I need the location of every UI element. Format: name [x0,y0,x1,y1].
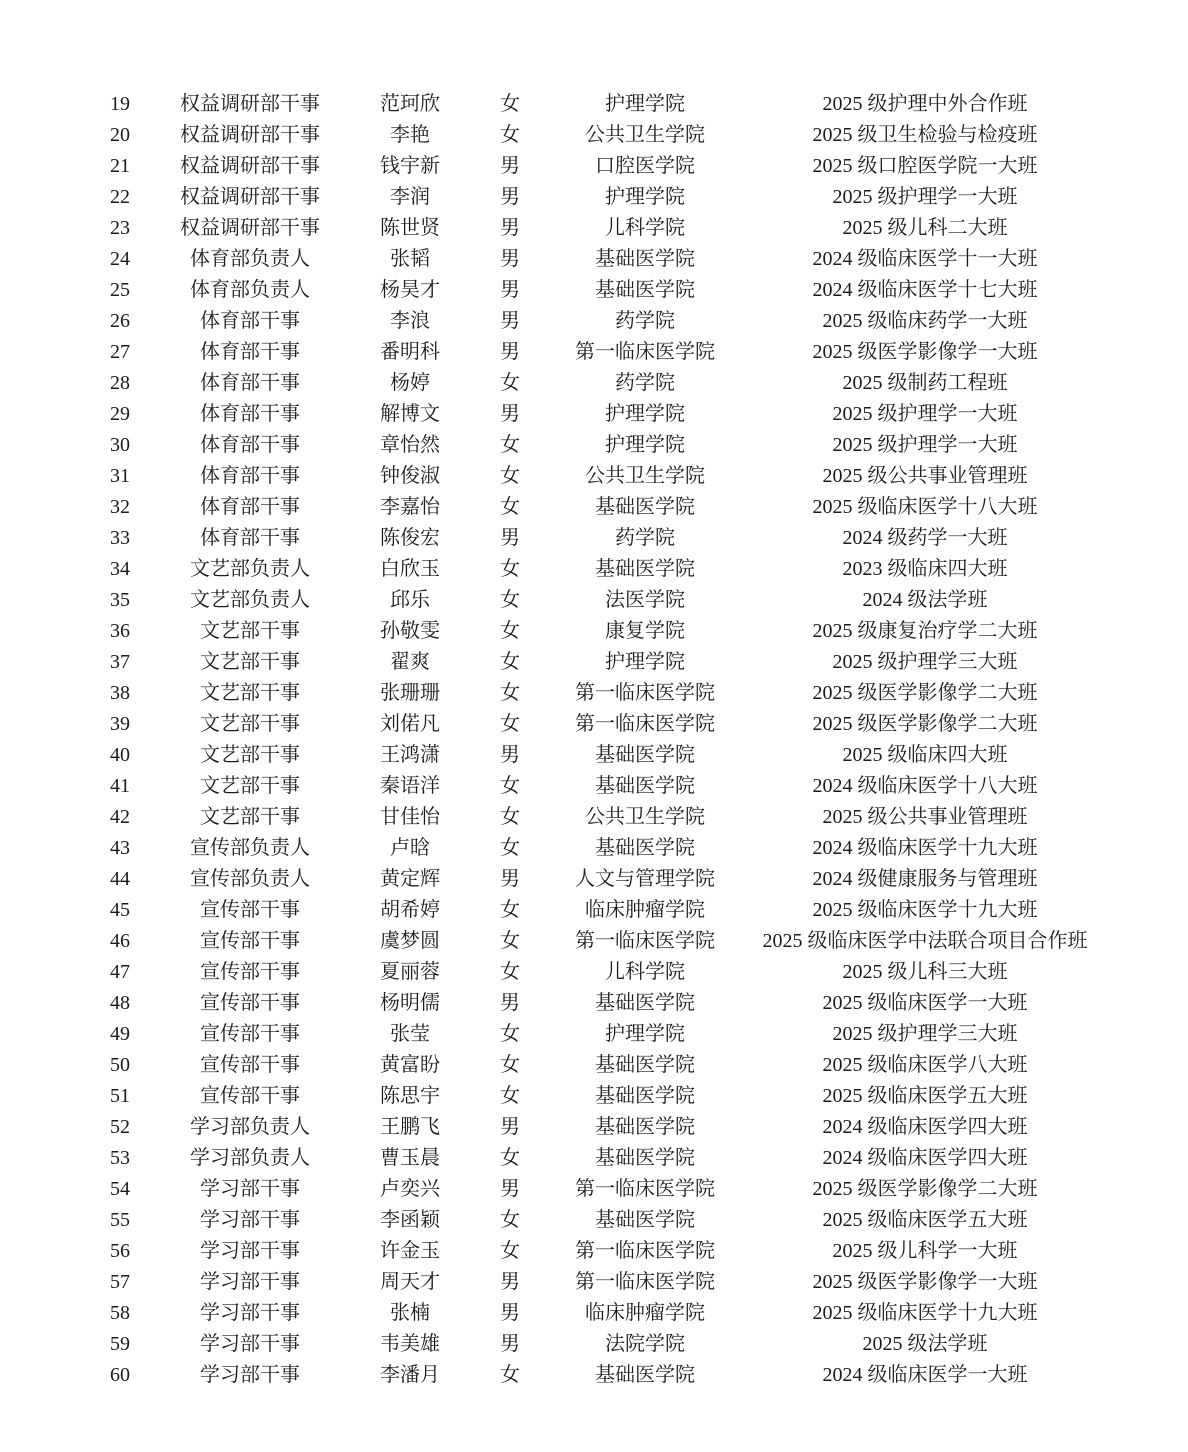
cell-serial-number: 30 [85,430,155,461]
cell-class: 2025 级护理学一大班 [745,430,1105,461]
cell-gender: 男 [475,182,545,213]
cell-gender: 男 [475,213,545,244]
cell-serial-number: 24 [85,244,155,275]
cell-name: 夏丽蓉 [345,957,475,988]
cell-gender: 男 [475,1112,545,1143]
cell-position: 学习部干事 [155,1236,345,1267]
cell-name: 解博文 [345,399,475,430]
cell-position: 学习部干事 [155,1329,345,1360]
cell-name: 黄定辉 [345,864,475,895]
table-row: 58 学习部干事 张楠 男 临床肿瘤学院 2025 级临床医学十九大班 [85,1298,1105,1329]
cell-name: 李函颖 [345,1205,475,1236]
cell-position: 文艺部干事 [155,678,345,709]
cell-position: 体育部干事 [155,337,345,368]
cell-name: 白欣玉 [345,554,475,585]
table-row: 40 文艺部干事 王鸿潇 男 基础医学院 2025 级临床四大班 [85,740,1105,771]
cell-class: 2024 级法学班 [745,585,1105,616]
cell-gender: 男 [475,1174,545,1205]
cell-serial-number: 29 [85,399,155,430]
cell-position: 宣传部负责人 [155,833,345,864]
cell-position: 文艺部干事 [155,771,345,802]
cell-position: 宣传部干事 [155,895,345,926]
cell-position: 宣传部干事 [155,1081,345,1112]
cell-gender: 女 [475,89,545,120]
cell-class: 2025 级制药工程班 [745,368,1105,399]
cell-college: 护理学院 [545,647,745,678]
cell-gender: 女 [475,461,545,492]
table-row: 45 宣传部干事 胡希婷 女 临床肿瘤学院 2025 级临床医学十九大班 [85,895,1105,926]
table-row: 35 文艺部负责人 邱乐 女 法医学院 2024 级法学班 [85,585,1105,616]
cell-gender: 女 [475,1143,545,1174]
cell-name: 番明科 [345,337,475,368]
cell-college: 基础医学院 [545,1081,745,1112]
table-row: 30 体育部干事 章怡然 女 护理学院 2025 级护理学一大班 [85,430,1105,461]
cell-name: 王鸿潇 [345,740,475,771]
table-row: 29 体育部干事 解博文 男 护理学院 2025 级护理学一大班 [85,399,1105,430]
table-row: 42 文艺部干事 甘佳怡 女 公共卫生学院 2025 级公共事业管理班 [85,802,1105,833]
cell-college: 基础医学院 [545,554,745,585]
cell-college: 儿科学院 [545,957,745,988]
cell-serial-number: 26 [85,306,155,337]
table-row: 50 宣传部干事 黄富盼 女 基础医学院 2025 级临床医学八大班 [85,1050,1105,1081]
cell-college: 基础医学院 [545,1050,745,1081]
cell-class: 2024 级临床医学十九大班 [745,833,1105,864]
cell-college: 药学院 [545,306,745,337]
table-row: 39 文艺部干事 刘偌凡 女 第一临床医学院 2025 级医学影像学二大班 [85,709,1105,740]
cell-name: 范珂欣 [345,89,475,120]
cell-serial-number: 32 [85,492,155,523]
cell-name: 李艳 [345,120,475,151]
cell-serial-number: 34 [85,554,155,585]
table-row: 59 学习部干事 韦美雄 男 法院学院 2025 级法学班 [85,1329,1105,1360]
cell-class: 2025 级公共事业管理班 [745,802,1105,833]
cell-name: 周天才 [345,1267,475,1298]
table-row: 60 学习部干事 李潘月 女 基础医学院 2024 级临床医学一大班 [85,1360,1105,1391]
cell-name: 韦美雄 [345,1329,475,1360]
cell-college: 基础医学院 [545,1143,745,1174]
table-row: 22 权益调研部干事 李润 男 护理学院 2025 级护理学一大班 [85,182,1105,213]
cell-class: 2024 级临床医学四大班 [745,1112,1105,1143]
cell-serial-number: 47 [85,957,155,988]
cell-position: 宣传部负责人 [155,864,345,895]
cell-position: 权益调研部干事 [155,182,345,213]
cell-college: 药学院 [545,368,745,399]
cell-position: 学习部负责人 [155,1112,345,1143]
cell-class: 2023 级临床四大班 [745,554,1105,585]
cell-position: 文艺部干事 [155,709,345,740]
table-row: 36 文艺部干事 孙敬雯 女 康复学院 2025 级康复治疗学二大班 [85,616,1105,647]
cell-college: 第一临床医学院 [545,678,745,709]
cell-name: 李浪 [345,306,475,337]
cell-gender: 女 [475,957,545,988]
cell-class: 2025 级法学班 [745,1329,1105,1360]
cell-gender: 女 [475,585,545,616]
cell-position: 学习部干事 [155,1360,345,1391]
cell-serial-number: 54 [85,1174,155,1205]
cell-class: 2025 级临床医学五大班 [745,1205,1105,1236]
cell-college: 护理学院 [545,399,745,430]
table-row: 47 宣传部干事 夏丽蓉 女 儿科学院 2025 级儿科三大班 [85,957,1105,988]
cell-gender: 男 [475,399,545,430]
table-row: 53 学习部负责人 曹玉晨 女 基础医学院 2024 级临床医学四大班 [85,1143,1105,1174]
cell-name: 张莹 [345,1019,475,1050]
cell-class: 2025 级护理学一大班 [745,182,1105,213]
cell-college: 护理学院 [545,182,745,213]
cell-class: 2025 级医学影像学二大班 [745,709,1105,740]
cell-gender: 女 [475,1050,545,1081]
cell-position: 体育部干事 [155,492,345,523]
cell-serial-number: 38 [85,678,155,709]
cell-college: 第一临床医学院 [545,709,745,740]
cell-gender: 男 [475,151,545,182]
cell-college: 基础医学院 [545,771,745,802]
cell-college: 药学院 [545,523,745,554]
cell-serial-number: 39 [85,709,155,740]
cell-college: 儿科学院 [545,213,745,244]
table-row: 52 学习部负责人 王鹏飞 男 基础医学院 2024 级临床医学四大班 [85,1112,1105,1143]
cell-gender: 女 [475,492,545,523]
cell-gender: 女 [475,120,545,151]
cell-class: 2025 级临床医学十九大班 [745,895,1105,926]
cell-class: 2025 级医学影像学二大班 [745,678,1105,709]
cell-position: 学习部干事 [155,1205,345,1236]
cell-serial-number: 19 [85,89,155,120]
table-row: 33 体育部干事 陈俊宏 男 药学院 2024 级药学一大班 [85,523,1105,554]
cell-position: 权益调研部干事 [155,213,345,244]
cell-name: 李嘉怡 [345,492,475,523]
cell-serial-number: 45 [85,895,155,926]
table-row: 24 体育部负责人 张韬 男 基础医学院 2024 级临床医学十一大班 [85,244,1105,275]
cell-position: 体育部干事 [155,461,345,492]
cell-name: 杨明儒 [345,988,475,1019]
cell-college: 基础医学院 [545,244,745,275]
cell-position: 文艺部负责人 [155,554,345,585]
cell-serial-number: 20 [85,120,155,151]
cell-serial-number: 36 [85,616,155,647]
cell-gender: 男 [475,1267,545,1298]
cell-position: 体育部负责人 [155,275,345,306]
cell-college: 护理学院 [545,430,745,461]
cell-gender: 女 [475,1205,545,1236]
table-row: 28 体育部干事 杨婷 女 药学院 2025 级制药工程班 [85,368,1105,399]
cell-class: 2025 级医学影像学二大班 [745,1174,1105,1205]
cell-class: 2025 级公共事业管理班 [745,461,1105,492]
table-row: 46 宣传部干事 虞梦圆 女 第一临床医学院 2025 级临床医学中法联合项目合… [85,926,1105,957]
cell-class: 2025 级护理中外合作班 [745,89,1105,120]
cell-class: 2024 级临床医学四大班 [745,1143,1105,1174]
cell-serial-number: 28 [85,368,155,399]
cell-college: 基础医学院 [545,1112,745,1143]
cell-name: 杨婷 [345,368,475,399]
cell-gender: 女 [475,1236,545,1267]
cell-class: 2025 级临床医学五大班 [745,1081,1105,1112]
table-row: 21 权益调研部干事 钱宇新 男 口腔医学院 2025 级口腔医学院一大班 [85,151,1105,182]
cell-college: 公共卫生学院 [545,461,745,492]
cell-college: 人文与管理学院 [545,864,745,895]
cell-class: 2025 级儿科二大班 [745,213,1105,244]
cell-college: 基础医学院 [545,988,745,1019]
cell-name: 孙敬雯 [345,616,475,647]
cell-gender: 女 [475,709,545,740]
cell-serial-number: 31 [85,461,155,492]
table-row: 37 文艺部干事 翟爽 女 护理学院 2025 级护理学三大班 [85,647,1105,678]
table-row: 20 权益调研部干事 李艳 女 公共卫生学院 2025 级卫生检验与检疫班 [85,120,1105,151]
cell-class: 2025 级康复治疗学二大班 [745,616,1105,647]
cell-serial-number: 23 [85,213,155,244]
cell-gender: 男 [475,306,545,337]
cell-college: 基础医学院 [545,740,745,771]
cell-name: 甘佳怡 [345,802,475,833]
cell-class: 2024 级药学一大班 [745,523,1105,554]
cell-gender: 男 [475,988,545,1019]
cell-name: 张楠 [345,1298,475,1329]
cell-college: 护理学院 [545,89,745,120]
cell-class: 2025 级临床医学八大班 [745,1050,1105,1081]
cell-position: 学习部干事 [155,1267,345,1298]
cell-serial-number: 58 [85,1298,155,1329]
cell-serial-number: 27 [85,337,155,368]
cell-class: 2024 级临床医学一大班 [745,1360,1105,1391]
table-row: 57 学习部干事 周天才 男 第一临床医学院 2025 级医学影像学一大班 [85,1267,1105,1298]
cell-name: 卢奕兴 [345,1174,475,1205]
cell-serial-number: 49 [85,1019,155,1050]
cell-gender: 女 [475,1360,545,1391]
cell-position: 体育部干事 [155,430,345,461]
cell-class: 2025 级儿科学一大班 [745,1236,1105,1267]
cell-gender: 女 [475,430,545,461]
table-row: 49 宣传部干事 张莹 女 护理学院 2025 级护理学三大班 [85,1019,1105,1050]
cell-college: 基础医学院 [545,1205,745,1236]
cell-college: 第一临床医学院 [545,1267,745,1298]
cell-serial-number: 40 [85,740,155,771]
cell-college: 第一临床医学院 [545,1236,745,1267]
cell-gender: 男 [475,1298,545,1329]
cell-gender: 女 [475,926,545,957]
cell-college: 第一临床医学院 [545,337,745,368]
cell-college: 护理学院 [545,1019,745,1050]
table-row: 23 权益调研部干事 陈世贤 男 儿科学院 2025 级儿科二大班 [85,213,1105,244]
cell-serial-number: 46 [85,926,155,957]
cell-position: 宣传部干事 [155,1050,345,1081]
cell-name: 曹玉晨 [345,1143,475,1174]
table-row: 55 学习部干事 李函颖 女 基础医学院 2025 级临床医学五大班 [85,1205,1105,1236]
cell-gender: 男 [475,275,545,306]
cell-serial-number: 33 [85,523,155,554]
cell-class: 2025 级口腔医学院一大班 [745,151,1105,182]
cell-gender: 男 [475,337,545,368]
cell-class: 2024 级健康服务与管理班 [745,864,1105,895]
cell-class: 2025 级儿科三大班 [745,957,1105,988]
cell-class: 2025 级临床医学中法联合项目合作班 [745,926,1105,957]
cell-position: 学习部负责人 [155,1143,345,1174]
cell-position: 宣传部干事 [155,957,345,988]
cell-class: 2025 级临床药学一大班 [745,306,1105,337]
cell-position: 学习部干事 [155,1174,345,1205]
table-row: 34 文艺部负责人 白欣玉 女 基础医学院 2023 级临床四大班 [85,554,1105,585]
cell-name: 王鹏飞 [345,1112,475,1143]
cell-class: 2025 级临床医学一大班 [745,988,1105,1019]
cell-serial-number: 43 [85,833,155,864]
cell-gender: 男 [475,523,545,554]
cell-position: 文艺部干事 [155,740,345,771]
table-row: 56 学习部干事 许金玉 女 第一临床医学院 2025 级儿科学一大班 [85,1236,1105,1267]
cell-serial-number: 52 [85,1112,155,1143]
table-row: 27 体育部干事 番明科 男 第一临床医学院 2025 级医学影像学一大班 [85,337,1105,368]
cell-name: 翟爽 [345,647,475,678]
cell-serial-number: 55 [85,1205,155,1236]
cell-serial-number: 59 [85,1329,155,1360]
cell-position: 学习部干事 [155,1298,345,1329]
cell-position: 权益调研部干事 [155,89,345,120]
cell-name: 胡希婷 [345,895,475,926]
cell-name: 陈俊宏 [345,523,475,554]
cell-serial-number: 48 [85,988,155,1019]
cell-gender: 女 [475,833,545,864]
cell-serial-number: 41 [85,771,155,802]
cell-serial-number: 35 [85,585,155,616]
cell-name: 陈世贤 [345,213,475,244]
cell-name: 虞梦圆 [345,926,475,957]
cell-serial-number: 53 [85,1143,155,1174]
cell-college: 基础医学院 [545,275,745,306]
cell-class: 2025 级临床四大班 [745,740,1105,771]
cell-class: 2024 级临床医学十八大班 [745,771,1105,802]
cell-college: 法医学院 [545,585,745,616]
cell-college: 基础医学院 [545,833,745,864]
cell-serial-number: 56 [85,1236,155,1267]
cell-college: 口腔医学院 [545,151,745,182]
table-row: 26 体育部干事 李浪 男 药学院 2025 级临床药学一大班 [85,306,1105,337]
cell-class: 2024 级临床医学十一大班 [745,244,1105,275]
cell-gender: 女 [475,647,545,678]
cell-college: 法院学院 [545,1329,745,1360]
cell-position: 体育部干事 [155,523,345,554]
table-row: 25 体育部负责人 杨昊才 男 基础医学院 2024 级临床医学十七大班 [85,275,1105,306]
cell-class: 2025 级医学影像学一大班 [745,337,1105,368]
cell-position: 体育部干事 [155,368,345,399]
cell-class: 2025 级卫生检验与检疫班 [745,120,1105,151]
cell-position: 体育部干事 [155,399,345,430]
cell-position: 体育部负责人 [155,244,345,275]
table-row: 43 宣传部负责人 卢晗 女 基础医学院 2024 级临床医学十九大班 [85,833,1105,864]
cell-serial-number: 50 [85,1050,155,1081]
cell-gender: 女 [475,1081,545,1112]
cell-name: 秦语洋 [345,771,475,802]
table-row: 54 学习部干事 卢奕兴 男 第一临床医学院 2025 级医学影像学二大班 [85,1174,1105,1205]
table-row: 51 宣传部干事 陈思宇 女 基础医学院 2025 级临床医学五大班 [85,1081,1105,1112]
cell-serial-number: 57 [85,1267,155,1298]
cell-gender: 女 [475,1019,545,1050]
cell-position: 权益调研部干事 [155,120,345,151]
cell-class: 2025 级护理学一大班 [745,399,1105,430]
cell-gender: 男 [475,740,545,771]
roster-table: 19 权益调研部干事 范珂欣 女 护理学院 2025 级护理中外合作班 20 权… [85,89,1105,1391]
cell-position: 宣传部干事 [155,1019,345,1050]
cell-name: 黄富盼 [345,1050,475,1081]
cell-class: 2024 级临床医学十七大班 [745,275,1105,306]
cell-position: 体育部干事 [155,306,345,337]
cell-college: 康复学院 [545,616,745,647]
table-row: 32 体育部干事 李嘉怡 女 基础医学院 2025 级临床医学十八大班 [85,492,1105,523]
cell-gender: 女 [475,368,545,399]
cell-name: 卢晗 [345,833,475,864]
cell-class: 2025 级医学影像学一大班 [745,1267,1105,1298]
cell-name: 李潘月 [345,1360,475,1391]
cell-serial-number: 51 [85,1081,155,1112]
cell-serial-number: 37 [85,647,155,678]
cell-gender: 女 [475,616,545,647]
cell-name: 李润 [345,182,475,213]
table-row: 31 体育部干事 钟俊淑 女 公共卫生学院 2025 级公共事业管理班 [85,461,1105,492]
cell-position: 权益调研部干事 [155,151,345,182]
cell-gender: 女 [475,895,545,926]
table-row: 41 文艺部干事 秦语洋 女 基础医学院 2024 级临床医学十八大班 [85,771,1105,802]
table-row: 48 宣传部干事 杨明儒 男 基础医学院 2025 级临床医学一大班 [85,988,1105,1019]
cell-position: 文艺部干事 [155,616,345,647]
cell-name: 钟俊淑 [345,461,475,492]
cell-name: 许金玉 [345,1236,475,1267]
cell-serial-number: 44 [85,864,155,895]
cell-position: 文艺部干事 [155,802,345,833]
cell-college: 公共卫生学院 [545,120,745,151]
cell-name: 张珊珊 [345,678,475,709]
cell-class: 2025 级护理学三大班 [745,1019,1105,1050]
cell-gender: 男 [475,244,545,275]
cell-name: 章怡然 [345,430,475,461]
cell-name: 邱乐 [345,585,475,616]
cell-gender: 女 [475,771,545,802]
cell-serial-number: 60 [85,1360,155,1391]
cell-serial-number: 22 [85,182,155,213]
cell-college: 第一临床医学院 [545,1174,745,1205]
table-row: 19 权益调研部干事 范珂欣 女 护理学院 2025 级护理中外合作班 [85,89,1105,120]
table-row: 44 宣传部负责人 黄定辉 男 人文与管理学院 2024 级健康服务与管理班 [85,864,1105,895]
cell-name: 钱宇新 [345,151,475,182]
cell-gender: 男 [475,864,545,895]
cell-gender: 女 [475,554,545,585]
cell-name: 张韬 [345,244,475,275]
cell-college: 基础医学院 [545,1360,745,1391]
cell-college: 基础医学院 [545,492,745,523]
cell-class: 2025 级护理学三大班 [745,647,1105,678]
cell-class: 2025 级临床医学十九大班 [745,1298,1105,1329]
cell-gender: 女 [475,802,545,833]
cell-serial-number: 42 [85,802,155,833]
cell-gender: 女 [475,678,545,709]
cell-name: 刘偌凡 [345,709,475,740]
cell-class: 2025 级临床医学十八大班 [745,492,1105,523]
cell-serial-number: 25 [85,275,155,306]
cell-position: 宣传部干事 [155,926,345,957]
cell-name: 杨昊才 [345,275,475,306]
cell-position: 文艺部负责人 [155,585,345,616]
document-page: 19 权益调研部干事 范珂欣 女 护理学院 2025 级护理中外合作班 20 权… [0,0,1188,1452]
cell-serial-number: 21 [85,151,155,182]
cell-position: 宣传部干事 [155,988,345,1019]
cell-gender: 男 [475,1329,545,1360]
cell-college: 公共卫生学院 [545,802,745,833]
cell-college: 临床肿瘤学院 [545,1298,745,1329]
cell-name: 陈思宇 [345,1081,475,1112]
table-row: 38 文艺部干事 张珊珊 女 第一临床医学院 2025 级医学影像学二大班 [85,678,1105,709]
cell-college: 第一临床医学院 [545,926,745,957]
cell-position: 文艺部干事 [155,647,345,678]
cell-college: 临床肿瘤学院 [545,895,745,926]
